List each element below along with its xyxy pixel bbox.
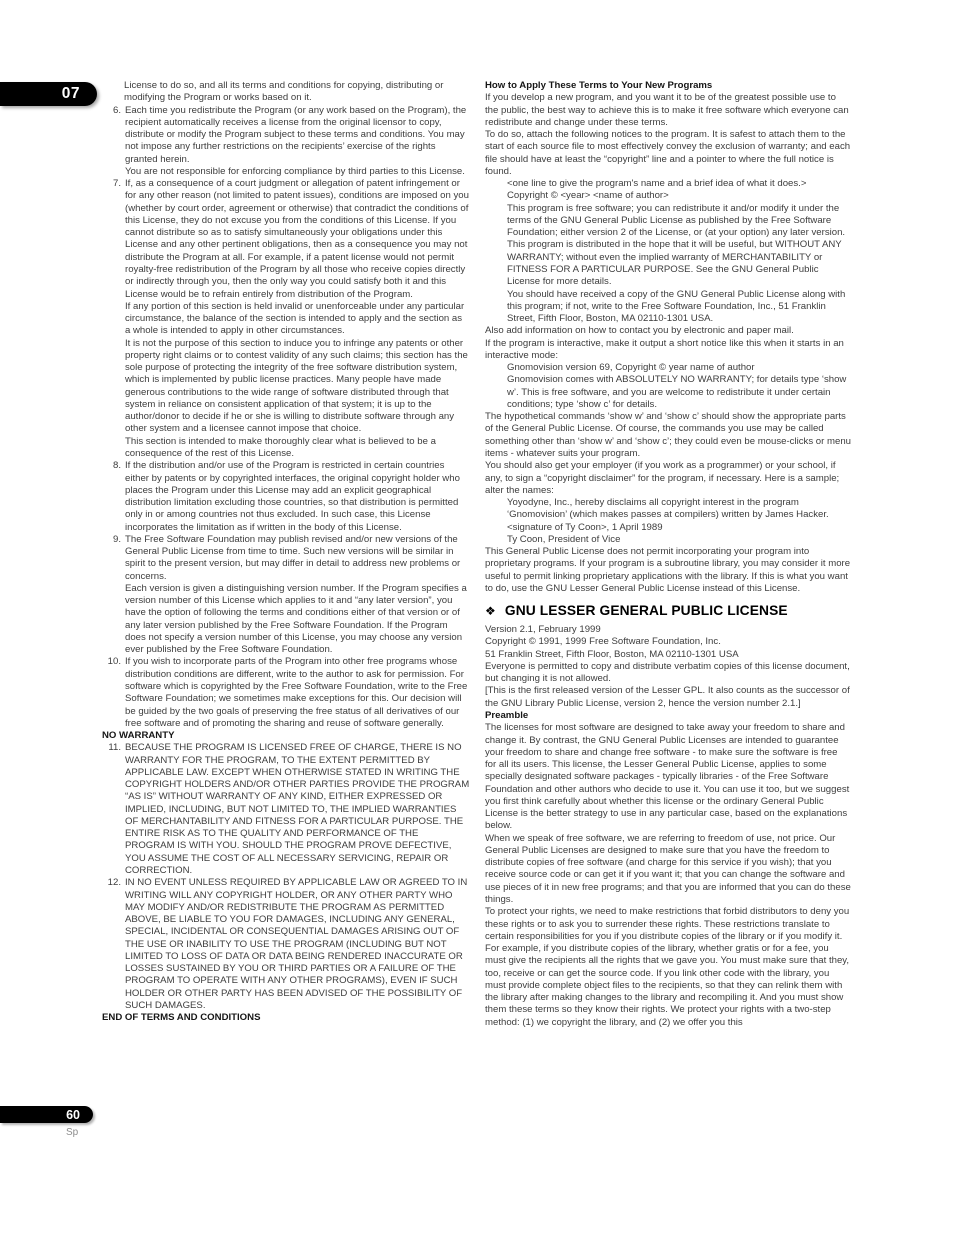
list-number: 8.: [102, 460, 121, 534]
list-item-body: IN NO EVENT UNLESS REQUIRED BY APPLICABL…: [125, 877, 470, 1012]
manual-page: 07 License to do so, and all its terms a…: [0, 0, 954, 1244]
paragraph: If any portion of this section is held i…: [125, 301, 470, 338]
preamble-heading: Preamble: [485, 710, 851, 722]
notice-line: Ty Coon, President of Vice: [507, 534, 851, 546]
paragraph: You should also get your employer (if yo…: [485, 460, 851, 497]
paragraph: If the distribution and/or use of the Pr…: [125, 460, 470, 534]
paragraph: IN NO EVENT UNLESS REQUIRED BY APPLICABL…: [125, 877, 470, 1012]
left-column: License to do so, and all its terms and …: [102, 80, 470, 1024]
diamond-icon: ❖: [485, 604, 496, 619]
list-item-body: If the distribution and/or use of the Pr…: [125, 460, 470, 534]
paragraph: Each time you redistribute the Program (…: [125, 105, 470, 166]
paragraph: You are not responsible for enforcing co…: [125, 166, 470, 178]
paragraph: If, as a consequence of a court judgment…: [125, 178, 470, 301]
notice-line: <one line to give the program's name and…: [507, 178, 851, 190]
list-number: 12.: [102, 877, 121, 1012]
notice-paragraph: Yoyodyne, Inc., hereby disclaims all cop…: [507, 497, 851, 522]
lgpl-meta-line: Copyright © 1991, 1999 Free Software Fou…: [485, 636, 851, 648]
paragraph-continuation: License to do so, and all its terms and …: [124, 80, 470, 105]
paragraph: The licenses for most software are desig…: [485, 722, 851, 832]
chapter-number: 07: [62, 85, 80, 103]
list-item-body: If, as a consequence of a court judgment…: [125, 178, 470, 460]
list-item-body: If you wish to incorporate parts of the …: [125, 656, 470, 730]
paragraph: To protect your rights, we need to make …: [485, 906, 851, 943]
right-column: How to Apply These Terms to Your New Pro…: [485, 80, 851, 1029]
paragraph: This section is intended to make thoroug…: [125, 436, 470, 461]
end-of-terms-heading: END OF TERMS AND CONDITIONS: [102, 1012, 470, 1024]
notice-paragraph: You should have received a copy of the G…: [507, 289, 851, 326]
paragraph: The hypothetical commands ‘show w’ and ‘…: [485, 411, 851, 460]
language-label: Sp: [66, 1127, 78, 1138]
list-item-10: 10. If you wish to incorporate parts of …: [102, 656, 470, 730]
chapter-number-badge: 07: [0, 82, 97, 106]
paragraph: The Free Software Foundation may publish…: [125, 534, 470, 583]
no-warranty-heading: NO WARRANTY: [102, 730, 470, 742]
notice-paragraph: This program is distributed in the hope …: [507, 239, 851, 288]
notice-paragraph: Gnomovision comes with ABSOLUTELY NO WAR…: [507, 374, 851, 411]
how-to-apply-heading: How to Apply These Terms to Your New Pro…: [485, 80, 851, 92]
page-number: 60: [66, 1108, 80, 1122]
notice-line: <signature of Ty Coon>, 1 April 1989: [507, 522, 851, 534]
page-number-badge: 60: [0, 1106, 93, 1123]
lgpl-meta-line: Everyone is permitted to copy and distri…: [485, 661, 851, 686]
list-item-9: 9. The Free Software Foundation may publ…: [102, 534, 470, 657]
list-item-6: 6. Each time you redistribute the Progra…: [102, 105, 470, 179]
paragraph: BECAUSE THE PROGRAM IS LICENSED FREE OF …: [125, 742, 470, 877]
paragraph: Each version is given a distinguishing v…: [125, 583, 470, 657]
list-number: 9.: [102, 534, 121, 657]
list-item-7: 7. If, as a consequence of a court judgm…: [102, 178, 470, 460]
list-item-body: The Free Software Foundation may publish…: [125, 534, 470, 657]
list-number: 11.: [102, 742, 121, 877]
list-number: 7.: [102, 178, 121, 460]
paragraph: Also add information on how to contact y…: [485, 325, 851, 337]
list-number: 10.: [102, 656, 121, 730]
paragraph: To do so, attach the following notices t…: [485, 129, 851, 178]
lgpl-title-text: GNU LESSER GENERAL PUBLIC LICENSE: [505, 603, 788, 618]
notice-paragraph: This program is free software; you can r…: [507, 203, 851, 240]
list-item-body: Each time you redistribute the Program (…: [125, 105, 470, 179]
list-item-11: 11. BECAUSE THE PROGRAM IS LICENSED FREE…: [102, 742, 470, 877]
notice-line: Copyright © <year> <name of author>: [507, 190, 851, 202]
paragraph: For example, if you distribute copies of…: [485, 943, 851, 1029]
lgpl-section-heading: ❖ GNU LESSER GENERAL PUBLIC LICENSE: [485, 603, 851, 619]
list-item-body: BECAUSE THE PROGRAM IS LICENSED FREE OF …: [125, 742, 470, 877]
lgpl-meta-line: [This is the first released version of t…: [485, 685, 851, 710]
lgpl-meta-line: 51 Franklin Street, Fifth Floor, Boston,…: [485, 649, 851, 661]
list-number: 6.: [102, 105, 121, 179]
paragraph: If the program is interactive, make it o…: [485, 338, 851, 363]
paragraph: If you develop a new program, and you wa…: [485, 92, 851, 129]
notice-line: Gnomovision version 69, Copyright © year…: [507, 362, 851, 374]
paragraph: When we speak of free software, we are r…: [485, 833, 851, 907]
paragraph: This General Public License does not per…: [485, 546, 851, 595]
paragraph: It is not the purpose of this section to…: [125, 338, 470, 436]
paragraph: If you wish to incorporate parts of the …: [125, 656, 470, 730]
list-item-12: 12. IN NO EVENT UNLESS REQUIRED BY APPLI…: [102, 877, 470, 1012]
lgpl-meta-line: Version 2.1, February 1999: [485, 624, 851, 636]
list-item-8: 8. If the distribution and/or use of the…: [102, 460, 470, 534]
